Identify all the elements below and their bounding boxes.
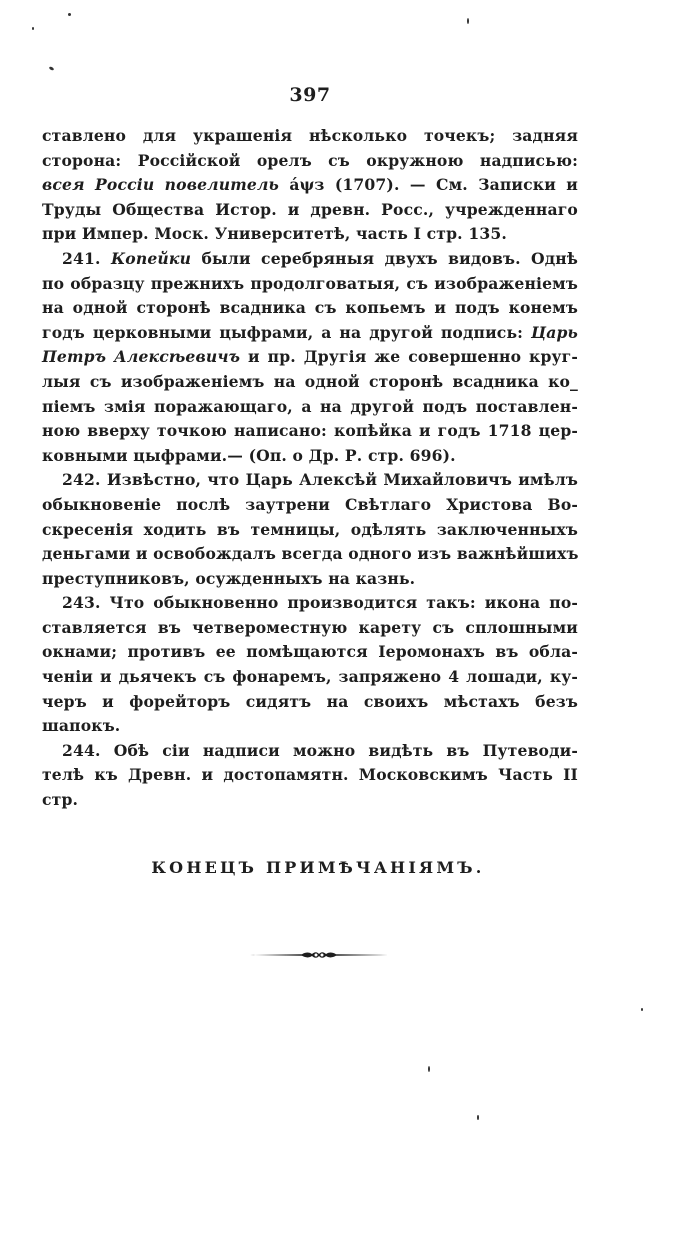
text-line: черъ и форейторъ сидятъ на своихъ мѣстах… [42,690,578,715]
text-segment: а́ψз (1707). — См. Записки и [279,175,578,194]
text-segment: Труды Общества Истор. и древн. Росс., уч… [42,200,578,219]
text-segment: обыкновеніе послѣ заутрени Свѣтлаго Хрис… [42,495,578,514]
scan-speck [477,1115,479,1120]
text-segment: ченіи и дьячекъ съ фонаремъ, запряжено 4… [42,667,578,686]
text-segment: ковными цыфрами.— (Оп. о Др. Р. стр. 696… [42,446,456,465]
text-segment: лыя съ изображеніемъ на одной сторонѣ вс… [42,372,578,391]
text-segment: и пр. Другія же совершенно круг- [240,347,578,366]
scan-speck [49,66,55,71]
text-line: телѣ къ Древн. и достопамятн. Московским… [42,763,578,788]
text-line: годъ церковными цыфрами, а на другой под… [42,321,578,346]
text-segment: деньгами и освобождалъ всегда одного изъ… [42,544,579,563]
text-segment: 243. Что обыкновенно производится такъ: … [62,593,578,612]
text-line: скресенія ходить въ темницы, одѣлять зак… [42,518,578,543]
text-segment: черъ и форейторъ сидятъ на своихъ мѣстах… [42,692,578,711]
text-line: 241. Копейки были серебряныя двухъ видов… [42,247,578,272]
text-line: 242. Извѣстно, что Царь Алексѣй Михайлов… [42,468,578,493]
text-line: піемъ змія поражающаго, а на другой подъ… [42,395,578,420]
text-segment: годъ церковными цыфрами, а на другой под… [42,323,531,342]
text-line: обыкновеніе послѣ заутрени Свѣтлаго Хрис… [42,493,578,518]
text-line: при Импер. Моск. Университетѣ, часть I с… [42,222,578,247]
text-segment: окнами; противъ ее помѣщаются Іеромонахъ… [42,642,578,661]
scan-speck [68,13,71,16]
text-line: ною вверху точкою написано: копѣйка и го… [42,419,578,444]
text-line: всея Россіи повелитель а́ψз (1707). — См… [42,173,578,198]
ornamental-rule-icon [250,949,388,961]
text-segment: стр. [42,790,78,809]
text-segment: 242. Извѣстно, что Царь Алексѣй Михайлов… [62,470,578,489]
text-segment: шапокъ. [42,716,120,735]
text-line: на одной сторонѣ всадника съ копьемъ и п… [42,296,578,321]
text-segment: ставлено для украшенія нѣсколько точекъ;… [42,126,578,145]
text-segment: преступниковъ, осужденныхъ на казнь. [42,569,415,588]
text-segment: піемъ змія поражающаго, а на другой подъ… [42,397,578,416]
text-line: Труды Общества Истор. и древн. Росс., уч… [42,198,578,223]
text-segment: скресенія ходить въ темницы, одѣлять зак… [42,520,578,539]
text-line: Петръ Алексѣевичъ и пр. Другія же соверш… [42,345,578,370]
end-of-notes-title: КОНЕЦЪ ПРИМѢЧАНІЯМЪ. [0,858,636,877]
text-line: окнами; противъ ее помѣщаются Іеромонахъ… [42,640,578,665]
text-line: 244. Обѣ сіи надписи можно видѣть въ Пут… [42,739,578,764]
scan-speck [641,1008,643,1011]
text-line: ставляется въ четвероместную карету съ с… [42,616,578,641]
text-line: стр. [42,788,578,813]
text-segment: при Импер. Моск. Университетѣ, часть I с… [42,224,507,243]
body-text: ставлено для украшенія нѣсколько точекъ;… [42,124,578,813]
text-segment: ною вверху точкою написано: копѣйка и го… [42,421,578,440]
text-segment: 244. Обѣ сіи надписи можно видѣть въ Пут… [62,741,578,760]
text-line: преступниковъ, осужденныхъ на казнь. [42,567,578,592]
text-line: ченіи и дьячекъ съ фонаремъ, запряжено 4… [42,665,578,690]
text-line: 243. Что обыкновенно производится такъ: … [42,591,578,616]
text-line: лыя съ изображеніемъ на одной сторонѣ вс… [42,370,578,395]
text-line: по образцу прежнихъ продолговатыя, съ из… [42,272,578,297]
text-segment: на одной сторонѣ всадника съ копьемъ и п… [42,298,578,317]
text-segment: ставляется въ четвероместную карету съ с… [42,618,578,637]
scan-speck [467,18,469,24]
text-line: сторона: Россійской орелъ съ окружною на… [42,149,578,174]
page-number: 397 [0,84,620,106]
text-segment: сторона: Россійской орелъ съ окружною на… [42,151,578,170]
text-line: деньгами и освобождалъ всегда одного изъ… [42,542,578,567]
text-segment: были серебряныя двухъ видовъ. Однѣ [191,249,578,268]
text-segment: по образцу прежнихъ продолговатыя, съ из… [42,274,578,293]
italic-text: Копейки [111,249,191,268]
scan-speck [32,27,34,30]
text-segment: 241. [62,249,111,268]
italic-text: Петръ Алексѣевичъ [42,347,240,366]
text-line: шапокъ. [42,714,578,739]
text-line: ковными цыфрами.— (Оп. о Др. Р. стр. 696… [42,444,578,469]
italic-text: всея Россіи повелитель [42,175,279,194]
text-segment: телѣ къ Древн. и достопамятн. Московским… [42,765,578,784]
text-line: ставлено для украшенія нѣсколько точекъ;… [42,124,578,149]
italic-text: Царь [531,323,578,342]
scan-speck [428,1066,430,1072]
